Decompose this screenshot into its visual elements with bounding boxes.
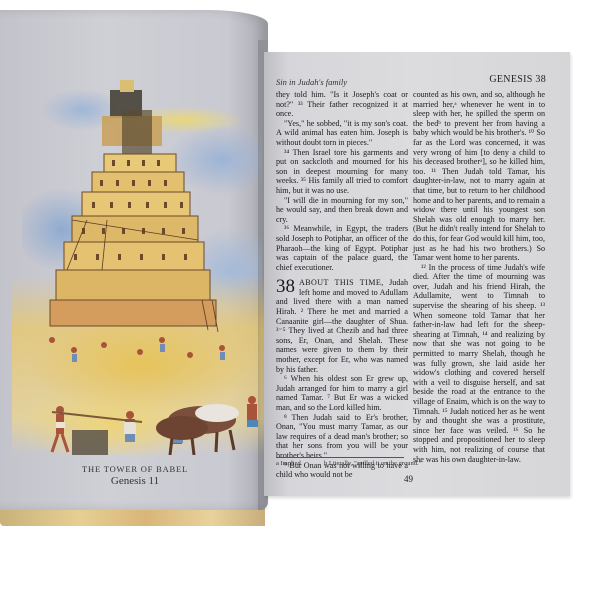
text-column-left: they told him. "Is it Joseph's coat or n… <box>276 90 408 480</box>
page-number: 49 <box>404 474 413 484</box>
caption-reference: Genesis 11 <box>70 475 200 487</box>
footnote-b: b Literally, "spilled it on the ground." <box>324 460 421 467</box>
chapter-number: 38 <box>276 278 295 296</box>
paragraph: ³⁴ Then Israel tore his garments and put… <box>276 148 408 196</box>
paragraph: "Yes," he sobbed, "it is my son's coat. … <box>276 119 408 148</box>
tower-of-babel-illustration <box>12 70 264 455</box>
chapter-lead-in: ABOUT THIS TIME, <box>299 278 384 287</box>
paragraph: ¹² In the process of time Judah's wife d… <box>413 263 545 464</box>
paragraph: ³⁶ Meanwhile, in Egypt, the traders sold… <box>276 224 408 272</box>
tower-drawing <box>12 70 264 455</box>
text-column-right: counted as his own, and so, although he … <box>413 90 545 464</box>
caption-title: THE TOWER OF BABEL <box>70 464 200 474</box>
open-book: THE TOWER OF BABEL Genesis 11 Sin in Jud… <box>0 0 600 600</box>
running-head-section: Sin in Judah's family <box>276 77 347 87</box>
footnotes: a Implied. b Literally, "spilled it on t… <box>276 460 441 467</box>
paragraph: "I will die in mourning for my son," he … <box>276 196 408 225</box>
chapter-text: Judah left home and moved to Adullam and… <box>276 278 408 373</box>
right-page: Sin in Judah's family GENESIS 38 they to… <box>264 52 570 496</box>
paragraph: counted as his own, and so, although he … <box>413 90 545 263</box>
running-head-chapter: GENESIS 38 <box>489 74 546 85</box>
chapter-opening: 38ABOUT THIS TIME, Judah left home and m… <box>276 278 408 374</box>
paragraph: ⁶ When his oldest son Er grew up, Judah … <box>276 374 408 412</box>
footnote-a: a Implied. <box>276 460 302 467</box>
illustration-caption: THE TOWER OF BABEL Genesis 11 <box>70 464 200 487</box>
footnote-divider <box>276 457 404 458</box>
left-page: THE TOWER OF BABEL Genesis 11 <box>0 10 268 510</box>
paragraph: they told him. "Is it Joseph's coat or n… <box>276 90 408 119</box>
paragraph: ⁸ Then Judah said to Er's brother, Onan,… <box>276 413 408 461</box>
